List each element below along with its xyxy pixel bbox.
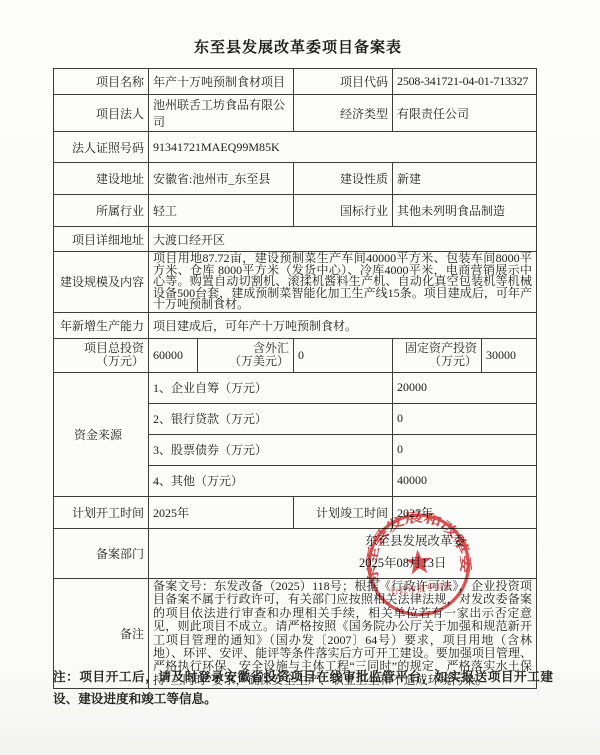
funding-item-value: 0 (393, 403, 537, 434)
table-row: 计划开工时间 2025年 计划竣工时间 2027年 (54, 496, 537, 528)
table-row: 项目总投资 （万元） 60000 含外汇 （万美元） 0 固定资产投资 （万元）… (54, 338, 537, 372)
new-capacity-label: 年新增生产能力 (54, 312, 149, 338)
filing-date: 2025年08月13日 (359, 556, 532, 571)
national-industry-label: 国标行业 (294, 195, 393, 227)
economic-type-value: 有限责任公司 (393, 95, 537, 132)
planned-completion-label: 计划竣工时间 (294, 496, 393, 528)
filing-department-name: 东至县发展改革委 2025年08月13日 (365, 534, 532, 571)
table-row: 年新增生产能力 项目建成后，可年产十万吨预制食材。 (54, 312, 537, 338)
filing-department-label: 备案部门 (54, 528, 149, 578)
total-investment-value: 60000 (149, 338, 198, 372)
project-name-value: 年产十万吨预制食材项目 (149, 69, 294, 95)
scale-content-value: 项目用地87.72亩，建设预制菜生产车间40000平方米、包装车间8000平方米… (149, 252, 537, 313)
project-code-value: 2508-341721-04-01-713327 (393, 69, 537, 95)
project-name-label: 项目名称 (54, 69, 149, 95)
fixed-asset-investment-value: 30000 (482, 338, 537, 372)
detail-address-value: 大渡口经开区 (149, 227, 537, 252)
funding-item-value: 0 (393, 434, 537, 465)
construction-address-label: 建设地址 (54, 163, 149, 195)
detail-address-label: 项目详细地址 (54, 227, 149, 252)
funding-item-value: 20000 (393, 372, 537, 403)
economic-type-label: 经济类型 (294, 95, 393, 132)
funding-source-label: 资金来源 (54, 372, 149, 496)
footer-note: 注：项目开工后，请及时登录安徽省投资项目在线审批监管平台，如实报送项目开工建设、… (53, 666, 553, 710)
filing-department-cell: 东至县发展改革委 2025年08月13日 (149, 528, 537, 578)
construction-nature-value: 新建 (393, 163, 537, 195)
industry-value: 轻工 (149, 195, 294, 227)
construction-address-value: 安徽省:池州市_东至县 (149, 163, 294, 195)
table-row: 所属行业 轻工 国标行业 其他未列明食品制造 (54, 195, 537, 227)
funding-item-name: 2、银行贷款（万元） (149, 403, 393, 434)
table-row: 项目法人 池州联舌工坊食品有限公司 经济类型 有限责任公司 (54, 95, 537, 132)
table-row: 建设规模及内容 项目用地87.72亩，建设预制菜生产车间40000平方米、包装车… (54, 252, 537, 313)
filing-department-text: 东至县发展改革委 (365, 534, 532, 549)
funding-item-value: 40000 (393, 465, 537, 496)
planned-start-label: 计划开工时间 (54, 496, 149, 528)
table-row: 备案部门 东至县发展改革委 2025年08月13日 (54, 528, 537, 578)
license-number-value: 91341721MAEQ99M85K (149, 132, 537, 163)
document-title: 东至县发展改革委项目备案表 (0, 36, 596, 57)
scale-content-label: 建设规模及内容 (54, 252, 149, 313)
legal-person-label: 项目法人 (54, 95, 149, 132)
foreign-exchange-value: 0 (294, 338, 393, 372)
funding-item-name: 1、企业自筹（万元） (149, 372, 393, 403)
license-number-label: 法人证照号码 (54, 132, 149, 163)
fixed-asset-investment-label: 固定资产投资 （万元） (393, 338, 482, 372)
national-industry-value: 其他未列明食品制造 (393, 195, 537, 227)
planned-start-value: 2025年 (149, 496, 294, 528)
table-row: 项目详细地址 大渡口经开区 (54, 227, 537, 252)
new-capacity-value: 项目建成后，可年产十万吨预制食材。 (149, 312, 537, 338)
table-row: 建设地址 安徽省:池州市_东至县 建设性质 新建 (54, 163, 537, 195)
industry-label: 所属行业 (54, 195, 149, 227)
funding-item-name: 3、股票债券（万元） (149, 434, 393, 465)
filing-table: 项目名称 年产十万吨预制食材项目 项目代码 2508-341721-04-01-… (53, 68, 537, 689)
table-row: 项目名称 年产十万吨预制食材项目 项目代码 2508-341721-04-01-… (54, 69, 537, 95)
planned-completion-value: 2027年 (393, 496, 537, 528)
foreign-exchange-label: 含外汇 （万美元） (198, 338, 294, 372)
total-investment-label: 项目总投资 （万元） (54, 338, 149, 372)
table-row: 法人证照号码 91341721MAEQ99M85K (54, 132, 537, 163)
funding-item-name: 4、其他（万元） (149, 465, 393, 496)
project-code-label: 项目代码 (294, 69, 393, 95)
legal-person-value: 池州联舌工坊食品有限公司 (149, 95, 294, 132)
construction-nature-label: 建设性质 (294, 163, 393, 195)
table-row: 资金来源 1、企业自筹（万元） 20000 (54, 372, 537, 403)
